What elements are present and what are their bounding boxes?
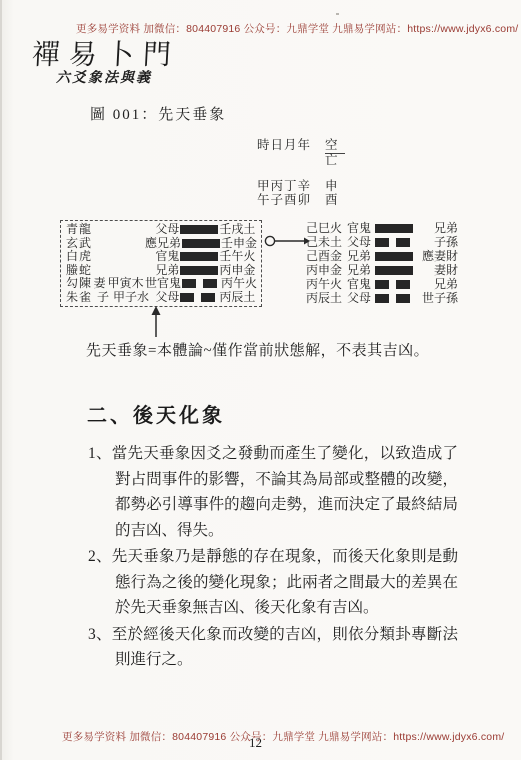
ganzhi-label: 丙辰土 bbox=[219, 291, 257, 304]
palace-relative-label: 應妻財 bbox=[414, 250, 458, 263]
yao-line bbox=[179, 293, 219, 302]
ganzhi-label: 己巳火 bbox=[306, 222, 347, 235]
relative-label: 父母 bbox=[347, 292, 374, 305]
relative-label: 兄弟 bbox=[155, 264, 179, 277]
stems-label: 甲丙丁辛 bbox=[257, 180, 325, 194]
yao-line bbox=[374, 294, 414, 303]
paragraph-1: 1、當先天垂象因爻之發動而產生了變化，以致造成了對占問事件的影響，不論其為局部或… bbox=[88, 441, 458, 543]
section-paragraphs: 1、當先天垂象因爻之發動而產生了變化，以致造成了對占問事件的影響，不論其為局部或… bbox=[88, 441, 458, 674]
paragraph-number: 1、 bbox=[88, 445, 112, 462]
hidden-relative-label: 妻 bbox=[93, 277, 107, 290]
changed-row-6: 己巳火 官鬼 兄弟 bbox=[306, 222, 462, 235]
date-row: 午子酉卯 酉 bbox=[257, 194, 345, 208]
paragraph-text: 至於經後天化象而改變的吉凶，則依分類卦專斷法則進行之。 bbox=[112, 626, 458, 669]
hexagram-caption: 先天垂象=本體論~僅作當前狀態解，不表其吉凶。 bbox=[86, 339, 466, 360]
palace-relative-label: 世子孫 bbox=[414, 292, 458, 305]
section-heading: 二、後天化象 bbox=[87, 399, 225, 428]
relative-label: 官鬼 bbox=[347, 222, 374, 235]
six-beast-label: 螣蛇 bbox=[66, 264, 97, 277]
void-label-2: 亡 bbox=[325, 154, 345, 168]
circle-arrow-icon bbox=[264, 234, 310, 248]
relative-label: 父母 bbox=[155, 223, 179, 236]
ganzhi-label: 壬申金 bbox=[221, 237, 257, 250]
original-hexagram-box: 青龍 父母 壬戌土 玄武 應兄弟 壬申金 白虎 官鬼 壬午火 螣蛇 bbox=[60, 220, 262, 307]
hidden-relative-label: 子 bbox=[97, 291, 113, 304]
ganzhi-label: 丙申金 bbox=[306, 264, 347, 277]
divination-date-table: 時日月年 空 亡 甲丙丁辛 申 午子酉卯 酉 bbox=[257, 139, 345, 207]
relative-label: 世官鬼 bbox=[145, 277, 181, 290]
date-row: 亡 bbox=[257, 154, 345, 168]
relative-label: 應兄弟 bbox=[145, 237, 181, 250]
ganzhi-label: 丙申金 bbox=[219, 264, 257, 277]
scanned-book-page: 更多易学资料 加微信：804407916 公众号：九鼎学堂 九鼎易学网站：htt… bbox=[0, 0, 521, 760]
branches-label: 午子酉卯 bbox=[257, 194, 325, 208]
ganzhi-label: 丙午火 bbox=[221, 277, 257, 290]
yao-line bbox=[374, 266, 414, 275]
yao-line bbox=[179, 266, 219, 275]
hexagram-row-5: 玄武 應兄弟 壬申金 bbox=[66, 237, 257, 250]
palace-relative-label: 子孫 bbox=[414, 236, 458, 249]
date-row: 時日月年 空 bbox=[257, 139, 345, 154]
changed-row-3: 丙申金 兄弟 妻財 bbox=[306, 264, 462, 277]
up-arrow-icon bbox=[148, 306, 164, 338]
scan-artifact bbox=[336, 13, 339, 15]
relative-label: 父母 bbox=[155, 291, 179, 304]
paragraph-text: 當先天垂象因爻之發動而產生了變化，以致造成了對占問事件的影響，不論其為局部或整體… bbox=[112, 445, 458, 539]
ganzhi-label: 己酉金 bbox=[306, 250, 347, 263]
changed-row-1: 丙辰土 父母 世子孫 bbox=[306, 292, 462, 305]
six-beast-label: 朱雀 bbox=[66, 291, 97, 304]
ganzhi-label: 壬戌土 bbox=[219, 223, 257, 236]
six-beast-label: 勾陳 bbox=[66, 277, 93, 290]
ganzhi-label: 丙辰土 bbox=[306, 292, 347, 305]
yao-line bbox=[179, 225, 219, 234]
book-subtitle: 六爻象法與義 bbox=[56, 67, 152, 87]
palace-relative-label: 妻財 bbox=[414, 264, 458, 277]
date-header-label: 時日月年 bbox=[257, 139, 325, 154]
moving-line-pointer bbox=[264, 234, 310, 253]
hexagram-row-3: 螣蛇 兄弟 丙申金 bbox=[66, 264, 257, 277]
yao-line bbox=[374, 252, 414, 261]
hexagram-row-1: 朱雀 子 甲子水 父母 丙辰土 bbox=[66, 291, 257, 304]
relative-label: 兄弟 bbox=[347, 264, 374, 277]
yao-line bbox=[181, 279, 221, 288]
palace-relative-label: 兄弟 bbox=[414, 278, 458, 291]
changed-row-2: 丙午火 官鬼 兄弟 bbox=[306, 278, 462, 291]
void-branch-1: 申 bbox=[325, 180, 345, 194]
relative-label: 官鬼 bbox=[347, 278, 374, 291]
ganzhi-label: 己未土 bbox=[306, 236, 347, 249]
void-label: 空 bbox=[325, 139, 345, 154]
changed-row-4: 己酉金 兄弟 應妻財 bbox=[306, 250, 462, 263]
page-number: 12 bbox=[249, 735, 262, 751]
caption-pointer bbox=[148, 306, 164, 343]
footer-promo-note: 更多易学资料 加微信：804407916 公众号：九鼎学堂 九鼎易学网站：htt… bbox=[62, 729, 504, 744]
six-beast-label: 白虎 bbox=[66, 250, 97, 263]
figure-title: 圖 001：先天垂象 bbox=[90, 103, 226, 124]
paragraph-2: 2、先天垂象乃是靜態的存在現象，而後天化象則是動態行為之後的變化現象；此兩者之間… bbox=[88, 544, 458, 621]
yao-line bbox=[179, 252, 219, 261]
six-beast-label: 青龍 bbox=[66, 223, 97, 236]
hexagram-row-4: 白虎 官鬼 壬午火 bbox=[66, 250, 257, 263]
palace-relative-label: 兄弟 bbox=[414, 222, 458, 235]
yao-line bbox=[181, 239, 221, 248]
changed-hexagram-column: 己巳火 官鬼 兄弟 己未土 父母 子孫 己酉金 兄弟 應妻財 丙申金 兄弟 妻財… bbox=[306, 222, 462, 305]
void-branch-2: 酉 bbox=[325, 194, 345, 208]
yao-line bbox=[374, 280, 414, 289]
paragraph-number: 3、 bbox=[88, 626, 112, 643]
hidden-najia-label: 甲子水 bbox=[113, 291, 155, 304]
yao-line bbox=[374, 224, 414, 233]
date-row: 甲丙丁辛 申 bbox=[257, 180, 345, 194]
relative-label: 父母 bbox=[347, 236, 374, 249]
yao-line bbox=[374, 238, 414, 247]
six-beast-label: 玄武 bbox=[66, 237, 93, 250]
relative-label: 兄弟 bbox=[347, 250, 374, 263]
hexagram-row-2: 勾陳 妻 甲寅木 世官鬼 丙午火 bbox=[66, 277, 257, 290]
paragraph-3: 3、至於經後天化象而改變的吉凶，則依分類卦專斷法則進行之。 bbox=[88, 622, 458, 673]
changed-row-5: 己未土 父母 子孫 bbox=[306, 236, 462, 249]
hidden-najia-label: 甲寅木 bbox=[108, 277, 145, 290]
ganzhi-label: 丙午火 bbox=[306, 278, 347, 291]
ganzhi-label: 壬午火 bbox=[219, 250, 257, 263]
relative-label: 官鬼 bbox=[155, 250, 179, 263]
paragraph-text: 先天垂象乃是靜態的存在現象，而後天化象則是動態行為之後的變化現象；此兩者之間最大… bbox=[112, 548, 458, 616]
paragraph-number: 2、 bbox=[88, 548, 112, 565]
hexagram-row-6: 青龍 父母 壬戌土 bbox=[66, 223, 257, 236]
